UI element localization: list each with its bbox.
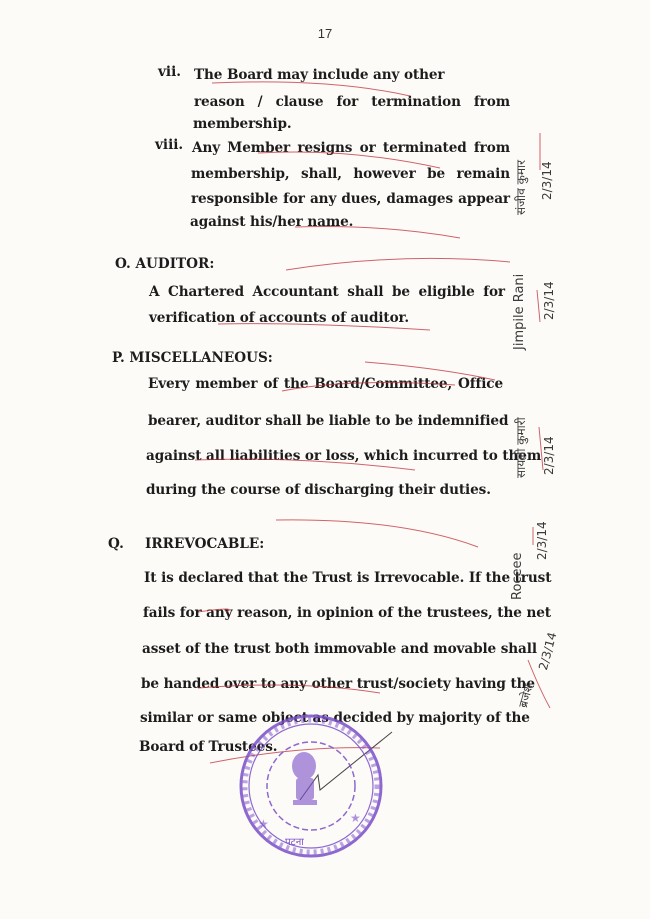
item-marker-vii: vii. — [158, 64, 181, 80]
signature-text: Jimpile Rani — [512, 274, 527, 350]
text-line: Any Member resigns or terminated from — [192, 140, 510, 156]
svg-text:★: ★ — [350, 811, 361, 825]
margin-signature: संजीव कुमार — [512, 160, 529, 215]
margin-signature: Jimpile Rani — [512, 274, 527, 350]
text-line: It is declared that the Trust is Irrevoc… — [144, 570, 498, 586]
margin-signature: Roceee — [510, 552, 525, 600]
stamp-text: पटना — [285, 837, 304, 848]
text-line: A Chartered Accountant shall be eligible… — [149, 284, 505, 300]
page-number: 17 — [0, 26, 650, 41]
document-page: 17 vii. The Board may include any other … — [0, 0, 650, 919]
signature-text: Roceee — [510, 552, 525, 600]
text-line: bearer, auditor shall be liable to be in… — [148, 413, 503, 429]
text-line: membership. — [193, 116, 292, 132]
text-line: reason / clause for termination from — [194, 94, 510, 110]
margin-signature-date: 2/3/14 — [536, 631, 560, 672]
signature-text: संजीव कुमार — [514, 160, 528, 215]
text-line: against his/her name. — [190, 214, 353, 230]
text-line: responsible for any dues, damages appear — [191, 191, 510, 207]
margin-signature-date: 2/3/14 — [535, 521, 549, 560]
text-line: against all liabilities or loss, which i… — [146, 448, 501, 464]
item-marker-q: Q. — [108, 536, 124, 552]
signature-text: सायली कुमारी — [514, 417, 528, 478]
text-line: The Board may include any other — [194, 67, 445, 83]
margin-signature-date: 2/3/14 — [542, 436, 556, 475]
item-marker-viii: viii. — [155, 137, 183, 153]
signature-date: 2/3/14 — [536, 631, 560, 672]
text-line: fails for any reason, in opinion of the … — [143, 605, 498, 621]
text-line: membership, shall, however be remain — [191, 166, 510, 182]
text-line: during the course of discharging their d… — [146, 482, 491, 498]
text-line: similar or same object as decided by maj… — [140, 710, 495, 726]
text-line: verification of accounts of auditor. — [149, 310, 409, 326]
signature-text: ब्रजेश — [516, 682, 536, 709]
margin-signature-date: 2/3/14 — [542, 281, 556, 320]
text-line: be handed over to any other trust/societ… — [141, 676, 496, 692]
section-heading-auditor: O. AUDITOR: — [115, 256, 214, 272]
margin-signature-date: 2/3/14 — [540, 161, 554, 200]
svg-text:★: ★ — [258, 817, 269, 831]
text-line: Board of Trustees. — [139, 739, 277, 755]
signature-date: 2/3/14 — [540, 161, 554, 200]
section-heading-irrevocable: IRREVOCABLE: — [145, 536, 264, 552]
signature-date: 2/3/14 — [535, 521, 549, 560]
section-heading-miscellaneous: P. MISCELLANEOUS: — [112, 350, 273, 366]
text-line: asset of the trust both immovable and mo… — [142, 641, 497, 657]
margin-signature: सायली कुमारी — [512, 417, 529, 478]
text-line: Every member of the Board/Committee, Off… — [148, 376, 503, 392]
signature-date: 2/3/14 — [542, 436, 556, 475]
signature-date: 2/3/14 — [542, 281, 556, 320]
